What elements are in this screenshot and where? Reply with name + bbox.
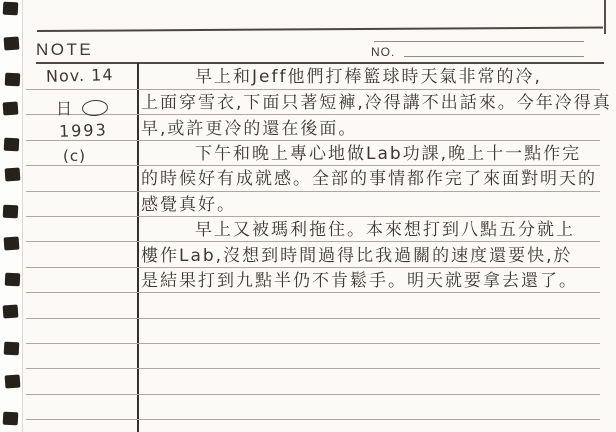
diary-line: 早上和Jeff他們打棒籃球時天氣非常的冷, xyxy=(141,65,616,89)
diary-line: 早,或許更冷的還在後面。 xyxy=(141,117,609,141)
notebook-page: NOTE NO. Nov. 14 日 1993 (c) 早上和Jeff他們打棒籃… xyxy=(0,0,616,432)
diary-line: 是結果打到九點半仍不肯鬆手。明天就要拿去還了。 xyxy=(141,269,609,293)
diary-line: 早上又被瑪利拖住。本來想打到八點五分就上 xyxy=(141,218,616,242)
diary-line: 感覺真好。 xyxy=(141,193,609,217)
diary-body: 早上和Jeff他們打棒籃球時天氣非常的冷, 上面穿雪衣,下面只著短褲,冷得講不出… xyxy=(0,0,616,432)
diary-line: 上面穿雪衣,下面只著短褲,冷得講不出話來。今年冷得真 xyxy=(141,91,609,115)
diary-line: 樓作Lab,沒想到時間過得比我過關的速度還要快,於 xyxy=(141,244,609,268)
diary-line: 的時候好有成就感。全部的事情都作完了來面對明天的 xyxy=(141,167,609,191)
diary-line: 下午和晚上專心地做Lab功課,晚上十一點作完 xyxy=(141,142,616,166)
